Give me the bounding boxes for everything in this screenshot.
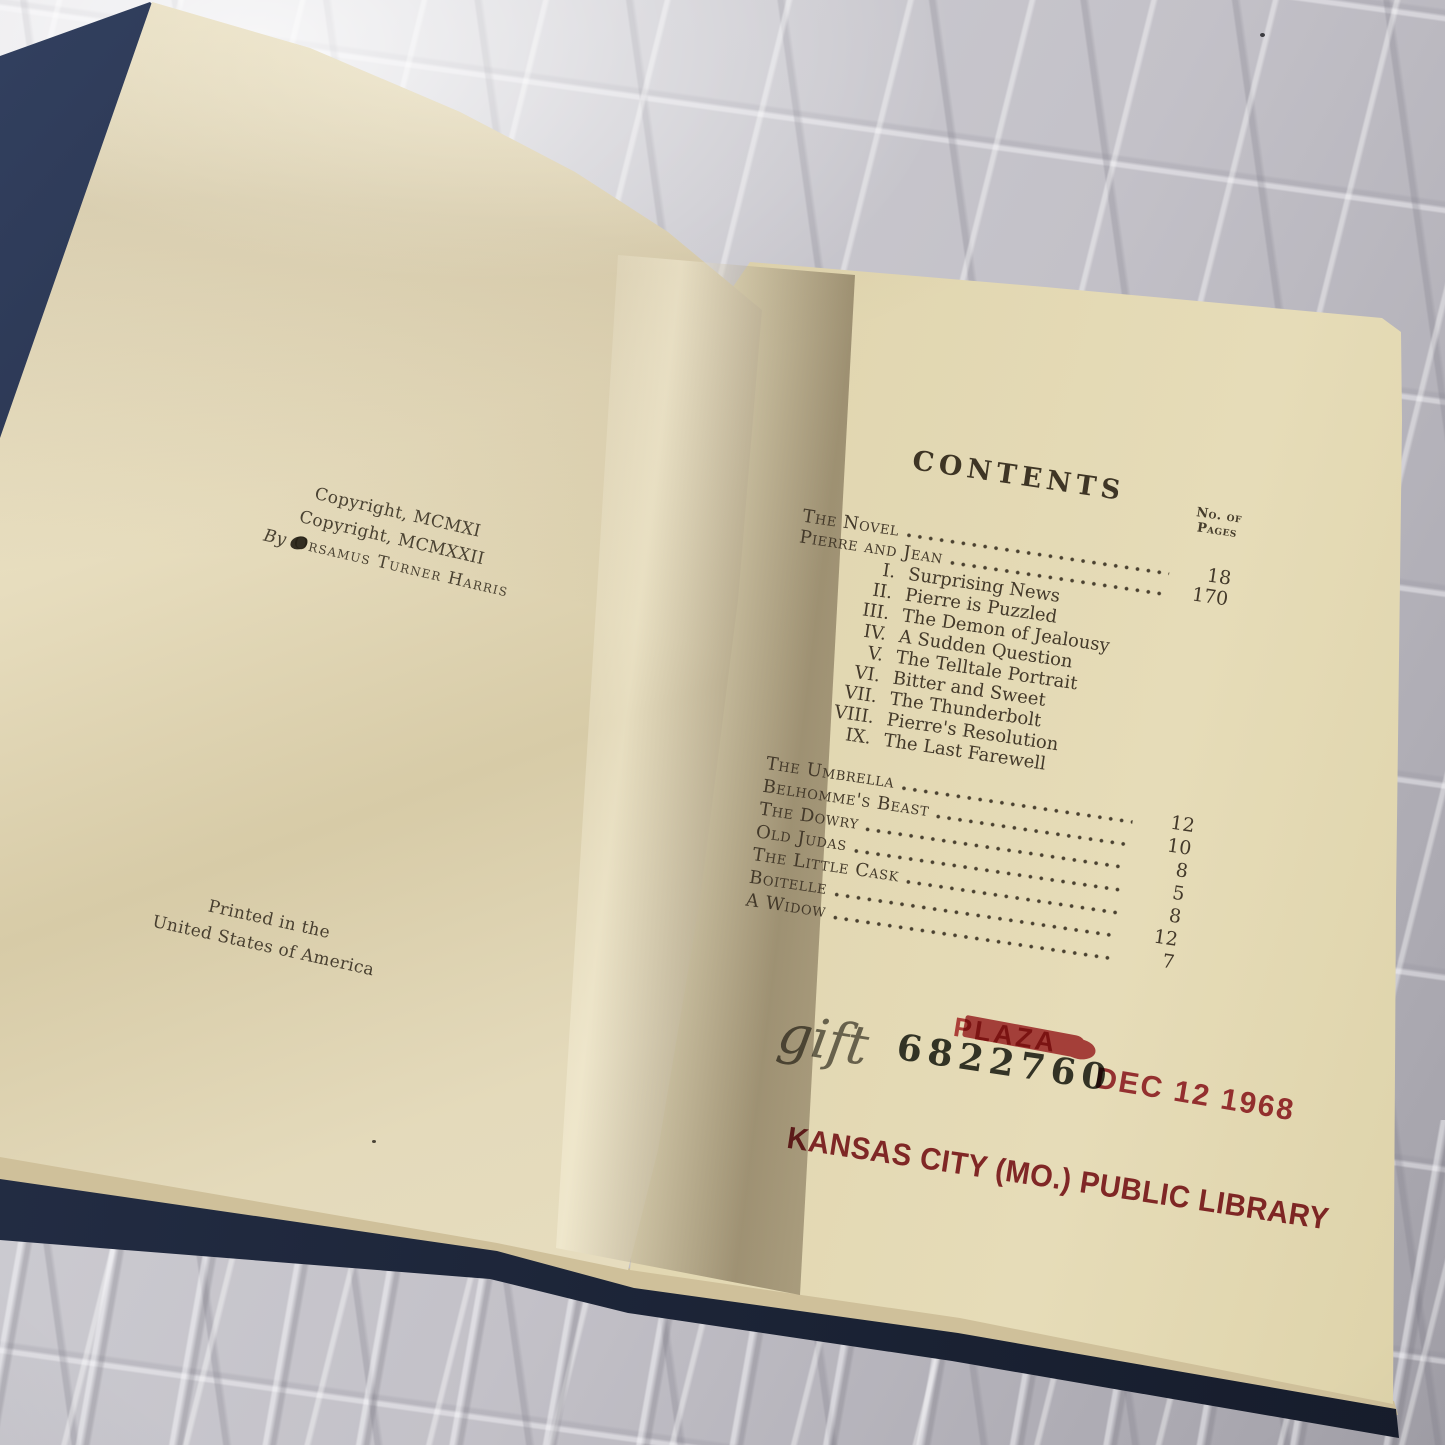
table-of-contents: The Novel18Pierre and Jean170 I.Surprisi… (744, 506, 1232, 975)
plastic-speck (1260, 33, 1265, 37)
photo-scene: Copyright, MCMXI Copyright, MCMXXII ByOr… (0, 0, 1445, 1445)
contents-heading: CONTENTS (794, 428, 1244, 524)
paper-speck (372, 1140, 376, 1143)
pages-column-header: No. of Pages (1193, 505, 1243, 541)
byline-prefix: By (262, 526, 289, 551)
contents-page: CONTENTS No. of Pages The Novel18Pierre … (645, 290, 1264, 1010)
